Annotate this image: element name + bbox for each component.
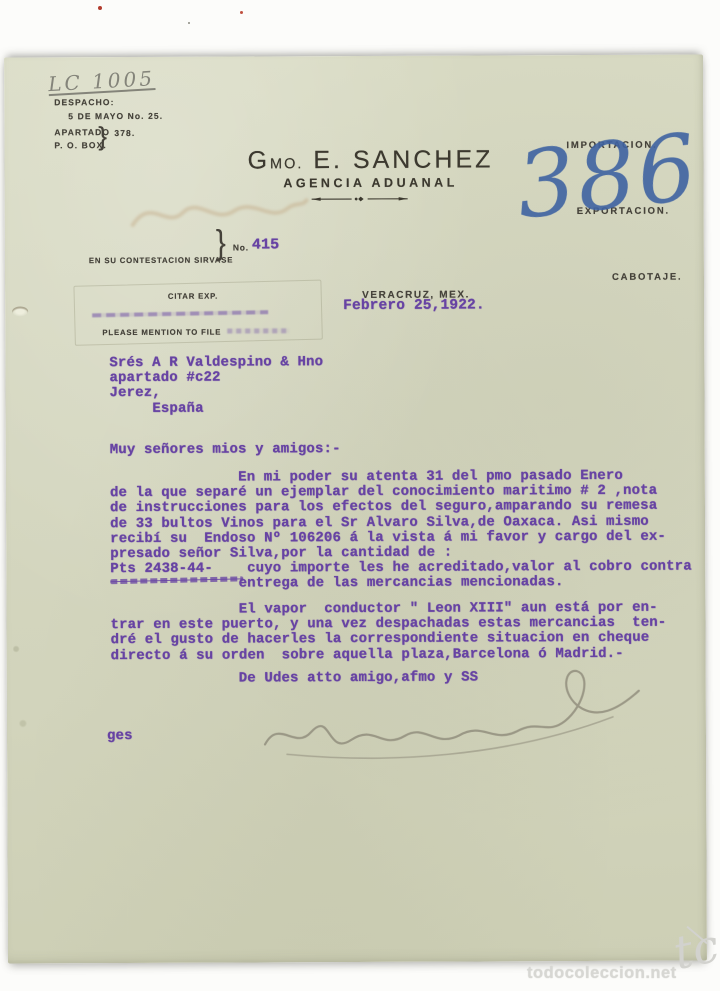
company-rest: E. SANCHEZ: [303, 145, 493, 174]
red-dust-speck: [240, 11, 243, 14]
company-abbrev: MO.: [270, 156, 303, 172]
street-address: 5 DE MAYO No. 25.: [68, 111, 163, 121]
paper-hole: [19, 719, 27, 727]
pencil-signature: [247, 651, 648, 778]
reference-line-es: EN SU CONTESTACION SIRVASE: [89, 255, 221, 268]
despacho-label: DESPACHO:: [54, 97, 114, 107]
paper-hole: [12, 306, 28, 316]
gray-dust-speck: [188, 22, 190, 24]
pencil-reference-note: LC 1005: [48, 66, 156, 96]
file-number-typed: 415: [252, 237, 280, 252]
watermark-tc-logo: tc: [670, 922, 720, 976]
watermark-text: todocoleccion.net: [527, 964, 677, 983]
red-dust-speck: [98, 6, 102, 10]
ink-smudge-small: [227, 328, 289, 333]
ornamental-divider: [310, 195, 410, 203]
typed-date: Febrero 25,1922.: [343, 298, 485, 314]
recipient-address: Srés A R Valdespino & Hno apartado #c22 …: [109, 355, 323, 417]
service-cabotaje: CABOTAJE.: [612, 267, 682, 289]
scanned-photo-background: LC 1005 DESPACHO: 5 DE MAYO No. 25. APAR…: [0, 0, 720, 991]
company-initial: G: [247, 146, 270, 174]
typist-initials: ges: [107, 729, 133, 744]
company-name: GMO. E. SANCHEZ: [220, 145, 520, 175]
letter-paper: LC 1005 DESPACHO: 5 DE MAYO No. 25. APAR…: [4, 54, 707, 963]
salutation: Muy señores mios y amigos:-: [110, 442, 341, 458]
pobox-number: 378.: [114, 128, 135, 138]
file-no-label: No.: [233, 242, 249, 252]
office-address-block: DESPACHO: 5 DE MAYO No. 25. APARTADO P. …: [54, 97, 184, 178]
brace-icon: }: [216, 226, 226, 261]
handwritten-file-number: 386: [512, 121, 703, 232]
paper-hole: [13, 645, 20, 652]
body-paragraph-1: En mi poder su atenta 31 del pmo pasado …: [110, 469, 692, 593]
brace-icon: }: [98, 123, 108, 149]
